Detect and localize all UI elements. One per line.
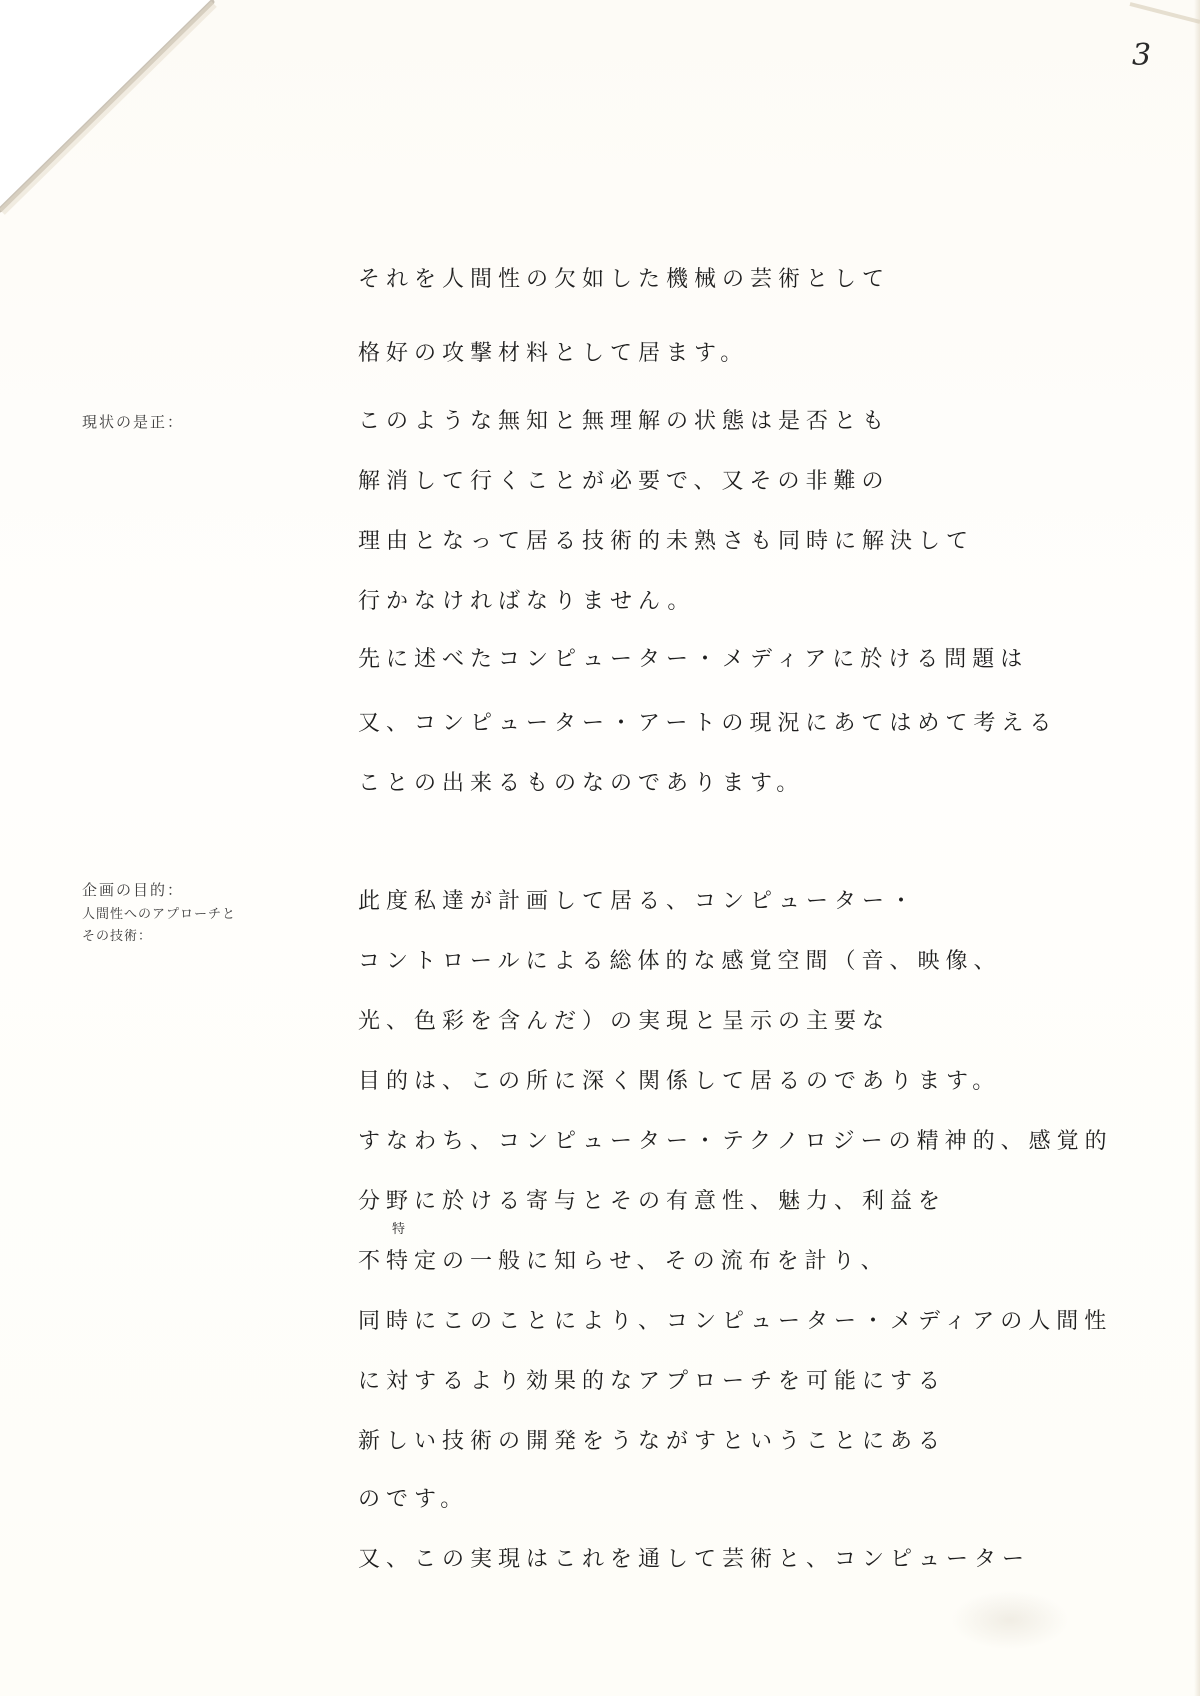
body-line: それを人間性の欠如した機械の芸術として bbox=[358, 262, 890, 293]
body-line: 又、この実現はこれを通して芸術と、コンピューター bbox=[358, 1542, 1030, 1573]
body-line: に対するより効果的なアプローチを可能にする bbox=[358, 1364, 946, 1395]
margin-note-label: 企画の目的： bbox=[82, 876, 236, 904]
margin-note-subline: その技術： bbox=[82, 926, 236, 948]
body-line: 目的は、この所に深く関係して居るのであります。 bbox=[358, 1064, 1000, 1095]
body-line: のです。 bbox=[358, 1482, 468, 1513]
page-number: 3 bbox=[1132, 38, 1151, 73]
margin-note-correction-of-status-quo: 現状の是正： bbox=[82, 408, 184, 436]
margin-note-project-purpose: 企画の目的： 人間性へのアプローチと その技術： bbox=[82, 876, 236, 948]
margin-note-subline: 人間性へのアプローチと bbox=[82, 904, 236, 926]
page-edge-shadow bbox=[1194, 0, 1200, 1696]
body-line: 格好の攻撃材料として居ます。 bbox=[358, 336, 748, 367]
body-line: 新しい技術の開発をうながすということにある bbox=[358, 1424, 946, 1455]
body-line: 不特定の一般に知らせ、その流布を計り、 bbox=[358, 1244, 889, 1275]
body-line: 光、色彩を含んだ）の実現と呈示の主要な bbox=[358, 1004, 890, 1035]
handwritten-correction: 特 bbox=[392, 1218, 405, 1237]
body-line: 行かなければなりません。 bbox=[358, 584, 695, 615]
body-line: 先に述べたコンピューター・メディアに於ける問題は bbox=[358, 642, 1028, 673]
scanned-page: 3 現状の是正： 企画の目的： 人間性へのアプローチと その技術： それを人間性… bbox=[0, 0, 1200, 1696]
body-line: ことの出来るものなのであります。 bbox=[358, 766, 804, 797]
body-line: 此度私達が計画して居る、コンピューター・ bbox=[358, 884, 918, 915]
body-line: 同時にこのことにより、コンピューター・メディアの人間性 bbox=[358, 1304, 1112, 1335]
body-line: 解消して行くことが必要で、又その非難の bbox=[358, 464, 890, 495]
body-line: このような無知と無理解の状態は是否とも bbox=[358, 404, 890, 435]
margin-note-label: 現状の是正： bbox=[82, 413, 184, 431]
body-line: 分野に於ける寄与とその有意性、魅力、利益を bbox=[358, 1184, 946, 1215]
body-line: 理由となって居る技術的未熟さも同時に解決して bbox=[358, 524, 974, 555]
body-line: すなわち、コンピューター・テクノロジーの精神的、感覚的 bbox=[358, 1124, 1113, 1155]
body-line: コントロールによる総体的な感覚空間（音、映像、 bbox=[358, 944, 1002, 975]
paper-stain bbox=[950, 1590, 1070, 1650]
body-line: 又、コンピューター・アートの現況にあてはめて考える bbox=[358, 706, 1057, 737]
